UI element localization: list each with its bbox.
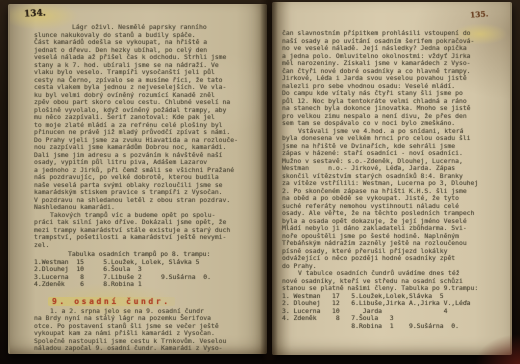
left-paragraph-2: Takových trampů víc a budeme opět po spo… [34, 212, 262, 250]
right-paragraph-1: čan slavnostním přípitkem prohlásili vst… [282, 30, 508, 128]
right-page-text: čan slavnostním přípitkem prohlásili vst… [282, 30, 508, 330]
right-paragraph-3: V tabulce osadních čundrů uvádíme dnes t… [282, 270, 508, 293]
right-page: 135. čan slavnostním přípitkem prohlásil… [272, 2, 512, 355]
right-page-number: 135. [469, 9, 488, 19]
left-page-number: 134. [24, 8, 46, 19]
left-paragraph-3: 1. a 2. srpna jelo se na 9. osadní čundr… [34, 308, 262, 353]
left-page: 134. Lágr oživl. Nesmělé paprsky ranního… [8, 4, 267, 354]
book-cover-corner [464, 324, 520, 364]
book-photo: 134. Lágr oživl. Nesmělé paprsky ranního… [0, 0, 520, 364]
right-paragraph-2: Vstávali jsme ve 4.hod. a po snídani, kt… [282, 128, 508, 271]
left-page-text: Lágr oživl. Nesmělé paprsky ranního slun… [34, 24, 262, 353]
left-paragraph-1: Lágr oživl. Nesmělé paprsky ranního slun… [34, 24, 262, 212]
left-score-table: 1.Westman 15 5.Loužek, Lolek, Slávka 5 2… [34, 259, 262, 289]
section-heading-9-osadni-cundr: 9. osadní čundr. [48, 297, 175, 306]
